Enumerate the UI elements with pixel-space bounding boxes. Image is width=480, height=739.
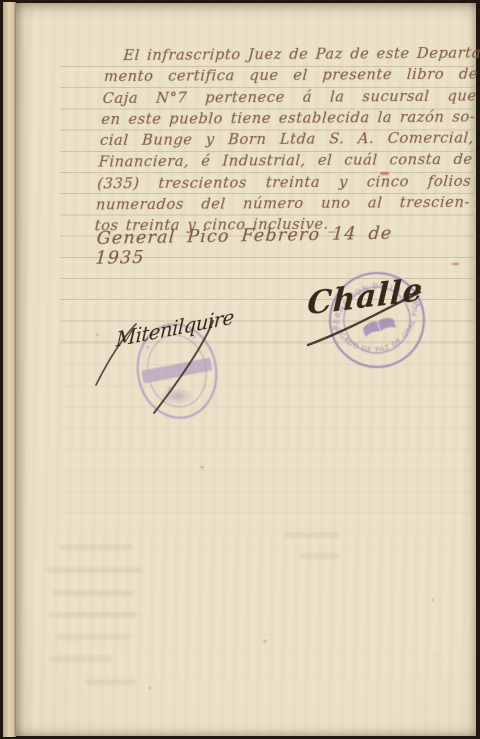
handwritten-line: cial Bunge y Born Ltda S. A. Comercial, — [99, 128, 474, 152]
handwritten-line: El infrascripto Juez de Paz de este Depa… — [123, 43, 480, 67]
handwritten-line: en este pueblo tiene establecida la razó… — [101, 107, 476, 131]
foxing-spot — [147, 686, 152, 690]
handwritten-line: Caja N°7 pertenece á la sucursal que — [102, 85, 477, 109]
handwritten-line: mento certifica que el presente libro de — [103, 64, 478, 88]
ruled-lines-faintest — [60, 528, 474, 678]
underlying-page-edge — [3, 2, 16, 737]
ledger-page: El infrascripto Juez de Paz de este Depa… — [16, 3, 476, 736]
show-through-smudge — [86, 680, 136, 684]
handwritten-line: numerados del número uno al trescien- — [95, 192, 470, 216]
stamp-ink-blot — [154, 385, 200, 407]
scanned-book-page: El infrascripto Juez de Paz de este Depa… — [0, 0, 480, 739]
handwritten-line: (335) trescientos treinta y cinco folios — [97, 170, 472, 194]
handwritten-paragraph: El infrascripto Juez de Paz de este Depa… — [94, 43, 480, 237]
handwritten-line: Financiera, é Industrial, el cuál consta… — [98, 149, 473, 173]
ruled-lines-faint — [60, 343, 474, 528]
dateline: General Pico Febrero 14 de 1935 — [95, 223, 428, 269]
